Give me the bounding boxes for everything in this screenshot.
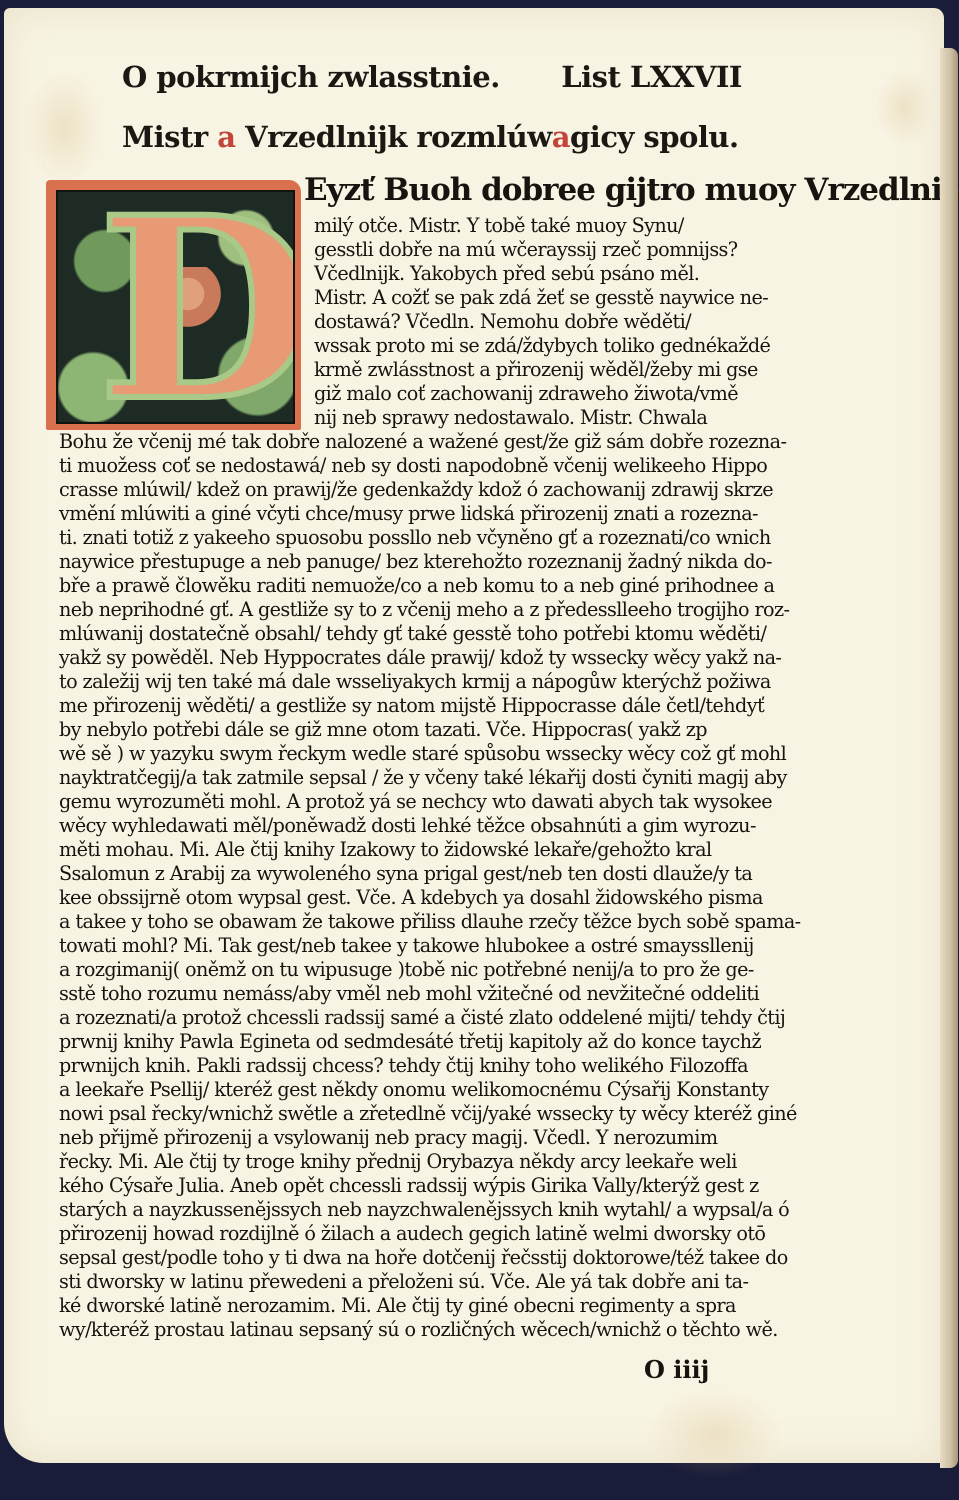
text-line: prwnij knihy Pawla Egineta od sedmdesáté… bbox=[59, 1030, 761, 1054]
text-line: wěcy wyhledawati měl/poněwadž dosti lehk… bbox=[59, 814, 756, 838]
text-line: ti muožess coť se nedostawá/ neb sy dost… bbox=[59, 454, 767, 478]
chapter-title: Mistr a Vrzedlnijk rozmlúwagicy spolu. bbox=[122, 120, 739, 154]
text-line: Bohu že včenij mé tak dobře nalozené a w… bbox=[59, 430, 786, 454]
paper-stain bbox=[874, 68, 934, 148]
text-line: měti mohau. Mi. Ale čtij knihy Izakowy t… bbox=[59, 838, 712, 862]
text-line: nij neb sprawy nedostawalo. Mistr. Chwal… bbox=[314, 406, 707, 430]
text-line: řecky. Mi. Ale čtij ty troge knihy předn… bbox=[59, 1150, 737, 1174]
text-line: naywice přestupuge a neb panuge/ bez kte… bbox=[59, 550, 772, 574]
text-line: nowi psal řecky/wnichž swětle a zřetedln… bbox=[59, 1102, 797, 1126]
illuminated-initial: D bbox=[46, 180, 301, 430]
text-line: nayktratčegij/a tak zatmile sepsal / že … bbox=[59, 766, 787, 790]
text-line: a rozgimanij( oněmž on tu wipusuge )tobě… bbox=[59, 958, 754, 982]
text-line: towati mohl? Mi. Tak gest/neb takee y ta… bbox=[59, 934, 754, 958]
book-page: O pokrmijch zwlasstnie. List LXXVII Mist… bbox=[4, 8, 944, 1463]
text-line: bře a prawě člowěku raditi nemuože/co a … bbox=[59, 574, 774, 598]
initial-letter: D bbox=[98, 190, 295, 424]
text-line: prwnijch knih. Pakli radssij chcess? teh… bbox=[59, 1054, 748, 1078]
rubricated-letter: a bbox=[552, 120, 570, 154]
paper-stain bbox=[24, 68, 104, 188]
text-line: Mistr. A cožť se pak zdá žeť se gesstě n… bbox=[314, 286, 768, 310]
text-line: crasse mlúwil/ kdež on prawij/že gedenka… bbox=[59, 478, 773, 502]
chapter-title-text: gicy spolu. bbox=[570, 120, 739, 154]
text-line: yakž sy powěděl. Neb Hyppocrates dále pr… bbox=[59, 646, 781, 670]
text-line: to zaležij wij ten také má dale wsseliya… bbox=[59, 670, 771, 694]
text-line: wě sě ) w yazyku swym řeckym wedle staré… bbox=[59, 742, 786, 766]
text-line: mlúwanij dostatečně obsahl/ tehdy gť tak… bbox=[59, 622, 766, 646]
text-line: neb neprihodné gť. A gestliže sy to z vč… bbox=[59, 598, 789, 622]
text-line: vmění mlúwiti a giné včyti chce/musy prw… bbox=[59, 502, 758, 526]
running-head-title: O pokrmijch zwlasstnie. bbox=[122, 60, 500, 94]
text-line: a leekaře Psellij/ kteréž gest někdy ono… bbox=[59, 1078, 768, 1102]
rubricated-letter: a bbox=[217, 120, 235, 154]
text-line: neb přijmě přirozenij a vsylowanij neb p… bbox=[59, 1126, 717, 1150]
text-line: giž malo coť zachowanij zdraweho žiwota/… bbox=[314, 382, 738, 406]
text-line: by nebylo potřebi dále se giž mne otom t… bbox=[59, 718, 707, 742]
text-line: gesstli dobře na mú wčerayssij rzeč pomn… bbox=[314, 238, 738, 262]
text-line: milý otče. Mistr. Y tobě také muoy Synu/ bbox=[314, 214, 684, 238]
folio-number: List LXXVII bbox=[561, 60, 742, 94]
text-line: me přirozenij wěděti/ a gestliže sy nato… bbox=[59, 694, 764, 718]
foliage-background: D bbox=[56, 190, 295, 424]
text-line: Včedlnijk. Yakobych před sebú psáno měl. bbox=[314, 262, 699, 286]
text-line: Ssalomun z Arabij za wywoleného syna pri… bbox=[59, 862, 752, 886]
text-line: krmě zwlásstnost a přirozenij wěděl/žeby… bbox=[314, 358, 758, 382]
running-head: O pokrmijch zwlasstnie. List LXXVII bbox=[122, 60, 742, 104]
text-line: ti. znati totiž z yakeeho spuosobu possl… bbox=[59, 526, 771, 550]
text-line: Eyzť Buoh dobree gijtro muoy Vrzedlnik. bbox=[304, 178, 959, 202]
text-line: wy/kteréž prostau latinau sepsaný sú o r… bbox=[59, 1318, 778, 1342]
text-line: sti dworsky w latinu přewedeni a přelože… bbox=[59, 1270, 748, 1294]
text-line: ké dworské latině nerozamim. Mi. Ale čti… bbox=[59, 1294, 736, 1318]
text-line: kého Cýsaře Julia. Aneb opět chcessli ra… bbox=[59, 1174, 759, 1198]
text-line: sepsal gest/podle toho y ti dwa na hoře … bbox=[59, 1246, 788, 1270]
text-line: gemu wyrozuměti mohl. A protož yá se nec… bbox=[59, 790, 772, 814]
chapter-title-text: Mistr bbox=[122, 120, 217, 154]
text-line: wssak proto mi se zdá/ždybych toliko ged… bbox=[314, 334, 770, 358]
text-line: kee obssijrně otom wypsal gest. Vče. A k… bbox=[59, 886, 763, 910]
signature-mark: O iiij bbox=[644, 1355, 709, 1384]
text-line: sstě toho rozumu nemáss/aby vměl neb moh… bbox=[59, 982, 759, 1006]
text-line: přirozenij howad rozdijlně ó žilach a au… bbox=[59, 1222, 765, 1246]
text-line: a rozeznati/a protož chcessli radssij sa… bbox=[59, 1006, 785, 1030]
paper-stain bbox=[644, 1388, 784, 1478]
text-line: dostawá? Včedln. Nemohu dobře wěděti/ bbox=[314, 310, 691, 334]
text-line: starých a nayzkussenějssych neb nayzchwa… bbox=[59, 1198, 789, 1222]
chapter-title-text: Vrzedlnijk rozmlúw bbox=[236, 120, 552, 154]
text-line: a takee y toho se obawam že takowe přili… bbox=[59, 910, 801, 934]
